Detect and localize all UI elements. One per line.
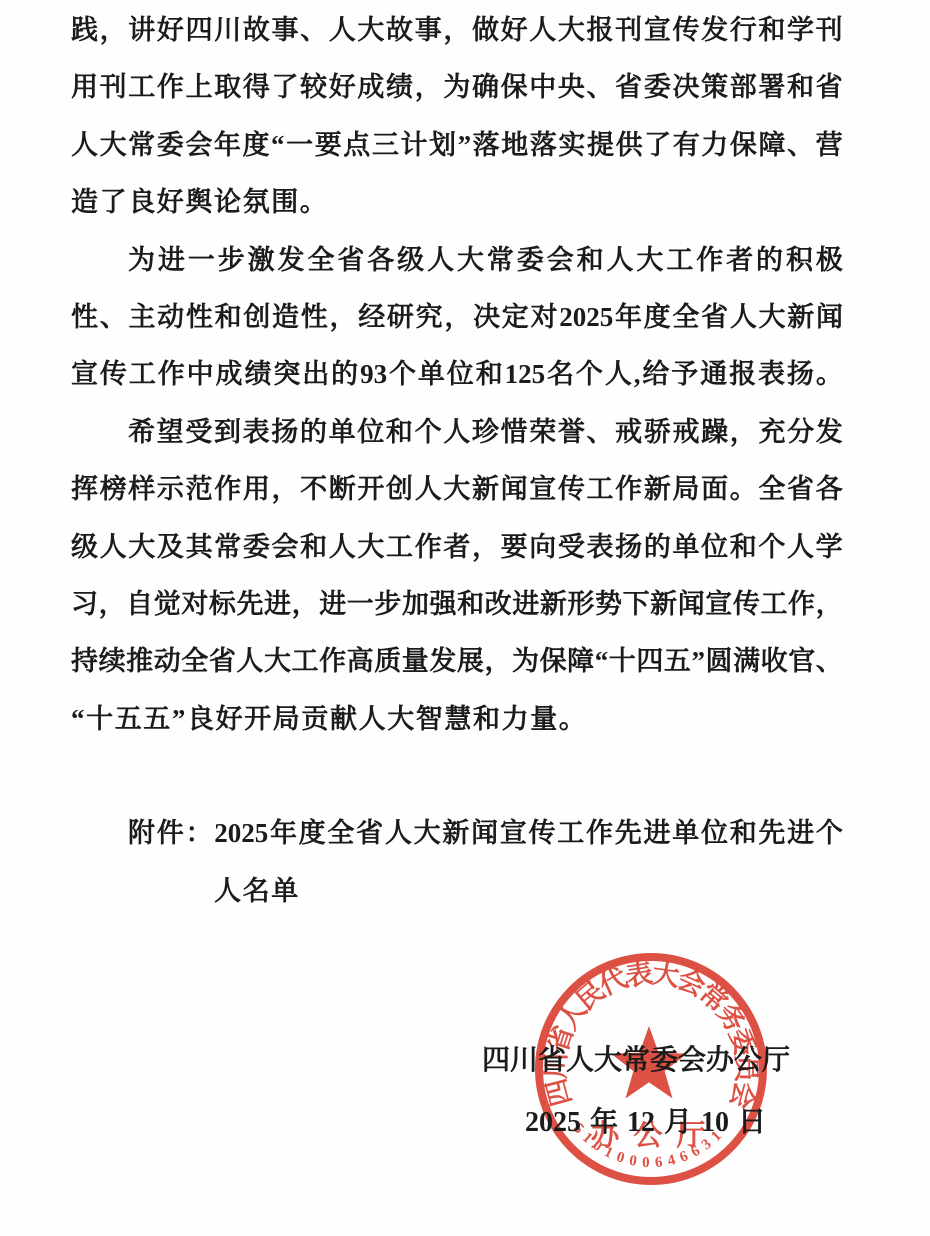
body-line-10: 级人大及其常委会和人大工作者，要向受表扬的单位和个人学 — [71, 519, 843, 576]
blank-line — [71, 748, 843, 805]
body-line-7: 宣传工作中成绩突出的93个单位和125名个人,给予通报表扬。 — [71, 346, 843, 403]
body-line-2: 用刊工作上取得了较好成绩，为确保中央、省委决策部署和省 — [71, 59, 843, 116]
attachment-line-1: 附件：2025年度全省人大新闻宣传工作先进单位和先进个 — [71, 805, 843, 862]
attachment-line-2: 人名单 — [71, 863, 843, 920]
body-line-1: 践，讲好四川故事、人大故事，做好人大报刊宣传发行和学刊 — [71, 2, 843, 59]
body-line-4: 造了良好舆论氛围。 — [71, 174, 843, 231]
document-body: 践，讲好四川故事、人大故事，做好人大报刊宣传发行和学刊 用刊工作上取得了较好成绩… — [71, 2, 843, 920]
body-line-5: 为进一步激发全省各级人大常委会和人大工作者的积极 — [71, 232, 843, 289]
body-line-11: 习，自觉对标先进，进一步加强和改进新形势下新闻宣传工作， — [71, 576, 843, 633]
body-line-9: 挥榜样示范作用，不断开创人大新闻宣传工作新局面。全省各 — [71, 461, 843, 518]
body-line-12: 持续推动全省人大工作高质量发展，为保障“十四五”圆满收官、 — [71, 633, 843, 690]
body-line-6: 性、主动性和创造性，经研究，决定对2025年度全省人大新闻 — [71, 289, 843, 346]
document-page: 践，讲好四川故事、人大故事，做好人大报刊宣传发行和学刊 用刊工作上取得了较好成绩… — [0, 0, 930, 1236]
body-line-8: 希望受到表扬的单位和个人珍惜荣誉、戒骄戒躁，充分发 — [71, 404, 843, 461]
body-line-3: 人大常委会年度“一要点三计划”落地落实提供了有力保障、营 — [71, 117, 843, 174]
body-line-13: “十五五”良好开局贡献人大智慧和力量。 — [71, 691, 843, 748]
issue-date: 2025 年 12 月 10 日 — [525, 1106, 766, 1140]
issuing-office-signature: 四川省人大常委会办公厅 — [482, 1044, 790, 1078]
